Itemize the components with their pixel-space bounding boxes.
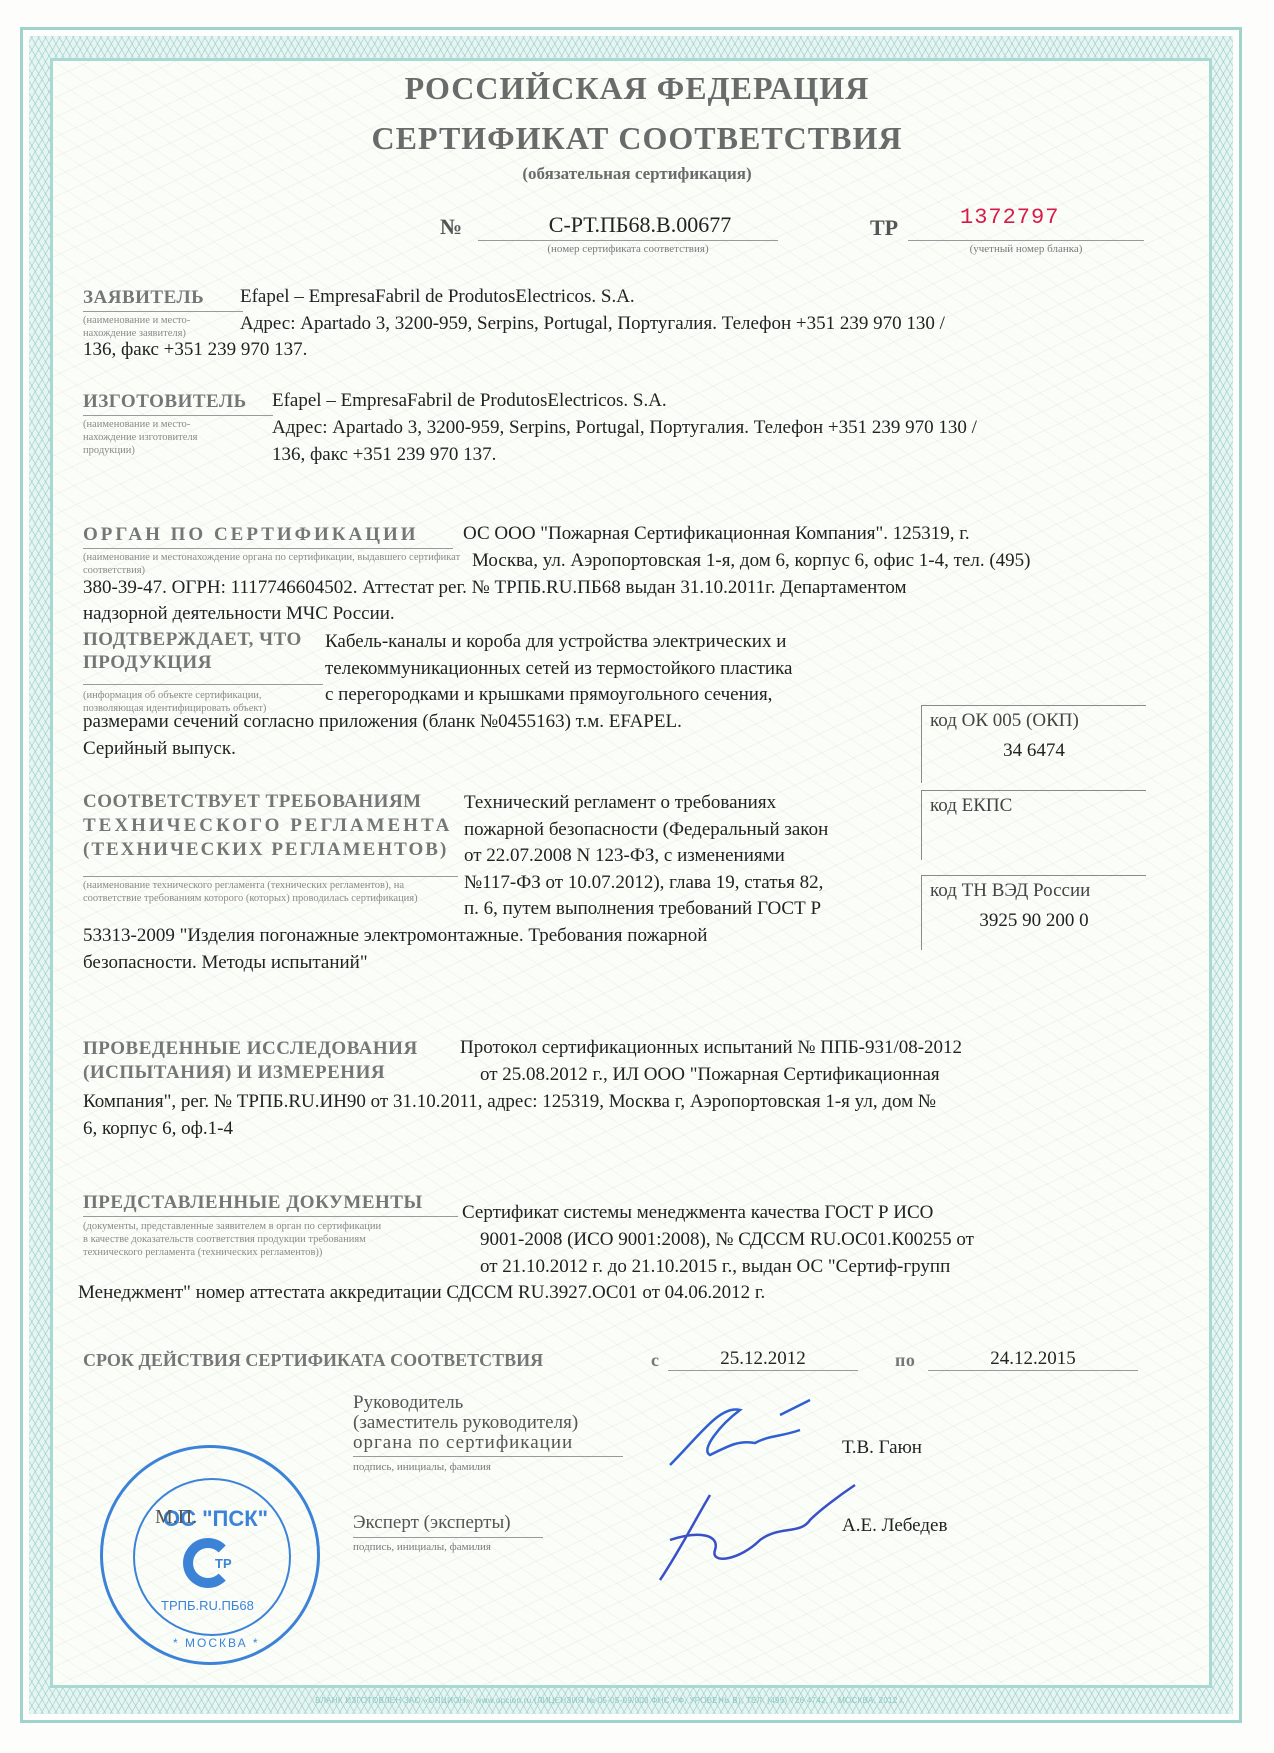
head-label-2: (заместитель руководителя): [353, 1413, 578, 1433]
head-signature-icon: [660, 1395, 820, 1475]
documents-line-4: Менеджмент" номер аттестата аккредитации…: [78, 1280, 765, 1305]
manufacturer-label: ИЗГОТОВИТЕЛЬ: [83, 391, 247, 413]
cert-body-line-2: Москва, ул. Аэропортовская 1-я, дом 6, к…: [472, 548, 1031, 573]
okp-code-value: 34 6474: [922, 740, 1146, 762]
country-title: РОССИЙСКАЯ ФЕДЕРАЦИЯ: [0, 70, 1274, 107]
product-line-4: размерами сечений согласно приложения (б…: [83, 709, 682, 734]
cert-body-line-3: 380-39-47. ОГРН: 1117746604502. Аттестат…: [83, 575, 907, 600]
number-label: №: [440, 214, 462, 240]
applicant-line-3: 136, факс +351 239 970 137.: [83, 337, 307, 362]
printer-footer: БЛАНК ИЗГОТОВЛЕН ЗАО «ОПЦИОН», www.opcio…: [260, 1696, 960, 1705]
expert-label: Эксперт (эксперты): [353, 1510, 511, 1535]
okp-code-label: код ОК 005 (ОКП): [922, 706, 1146, 732]
manufacturer-line-1: Efapel – EmpresaFabril de ProdutosElectr…: [272, 388, 667, 413]
product-line-3: с перегородками и крышками прямоугольног…: [325, 682, 772, 707]
product-label-1: ПОДТВЕРЖДАЕТ, ЧТО: [83, 629, 302, 651]
compliance-line-7: безопасности. Методы испытаний": [83, 950, 368, 975]
documents-hint: (документы, представленные заявителем в …: [83, 1220, 383, 1259]
manufacturer-hint: (наименование и место-нахождение изготов…: [83, 418, 243, 457]
head-signature-hint: подпись, инициалы, фамилия: [353, 1461, 491, 1473]
cert-body-line-1: ОС ООО "Пожарная Сертификационная Компан…: [463, 521, 970, 546]
document-subtitle: (обязательная сертификация): [0, 164, 1274, 184]
validity-from-label: с: [651, 1350, 660, 1371]
number-hint: (номер сертификата соответствия): [478, 243, 778, 255]
blank-label: ТР: [870, 215, 898, 241]
documents-line-2: 9001-2008 (ИСО 9001:2008), № СДССМ RU.ОС…: [480, 1227, 974, 1252]
tnved-code-box: код ТН ВЭД России 3925 90 200 0: [921, 875, 1146, 950]
compliance-line-2: пожарной безопасности (Федеральный закон: [464, 817, 828, 842]
stamp-reg-text: ТРПБ.RU.ПБ68: [161, 1598, 254, 1613]
applicant-line-2: Адрес: Apartado 3, 3200-959, Serpins, Po…: [240, 311, 945, 336]
validity-to-label: по: [895, 1350, 915, 1371]
blank-number: 1372797: [960, 205, 1059, 230]
tests-label-2: (ИСПЫТАНИЯ) И ИЗМЕРЕНИЯ: [83, 1062, 385, 1084]
documents-line-1: Сертификат системы менеджмента качества …: [462, 1200, 933, 1225]
document-title: СЕРТИФИКАТ СООТВЕТСТВИЯ: [0, 120, 1274, 157]
compliance-line-3: от 22.07.2008 N 123-ФЗ, с изменениями: [464, 843, 785, 868]
tests-line-3: Компания", рег. № ТРПБ.RU.ИН90 от 31.10.…: [83, 1089, 936, 1114]
applicant-label: ЗАЯВИТЕЛЬ: [83, 287, 204, 309]
cert-body-hint: (наименование и местонахождение органа п…: [83, 551, 463, 577]
compliance-line-6: 53313-2009 "Изделия погонажные электромо…: [83, 923, 707, 948]
product-line-5: Серийный выпуск.: [83, 736, 236, 761]
compliance-label-1: СООТВЕТСТВУЕТ ТРЕБОВАНИЯМ: [83, 791, 422, 813]
product-label-2: ПРОДУКЦИЯ: [83, 652, 212, 674]
manufacturer-line-3: 136, факс +351 239 970 137.: [272, 442, 496, 467]
cert-body-label: ОРГАН ПО СЕРТИФИКАЦИИ: [83, 524, 419, 546]
documents-line-3: от 21.10.2012 г. до 21.10.2015 г., выдан…: [480, 1254, 950, 1279]
tnved-code-value: 3925 90 200 0: [922, 910, 1146, 932]
certificate-number: С-РТ.ПБ68.В.00677: [500, 212, 780, 237]
cert-body-line-4: надзорной деятельности МЧС России.: [83, 601, 395, 626]
head-name: Т.В. Гаюн: [842, 1435, 922, 1460]
validity-from-date: 25.12.2012: [668, 1346, 858, 1371]
compliance-hint: (наименование технического регламента (т…: [83, 879, 448, 905]
stamp-mp-text: М.П.: [155, 1506, 197, 1529]
tnved-code-label: код ТН ВЭД России: [922, 876, 1146, 902]
ekps-code-box: код ЕКПС: [921, 790, 1146, 860]
compliance-label-2: ТЕХНИЧЕСКОГО РЕГЛАМЕНТА: [83, 815, 452, 837]
compliance-line-5: п. 6, путем выполнения требований ГОСТ Р: [464, 896, 821, 921]
tests-label-1: ПРОВЕДЕННЫЕ ИССЛЕДОВАНИЯ: [83, 1038, 418, 1060]
tests-line-1: Протокол сертификационных испытаний № ПП…: [460, 1035, 962, 1060]
expert-signature-icon: [640, 1480, 860, 1590]
manufacturer-line-2: Адрес: Apartado 3, 3200-959, Serpins, Po…: [272, 415, 977, 440]
stamp-tr-mark: ТР: [215, 1556, 232, 1571]
applicant-line-1: Efapel – EmpresaFabril de ProdutosElectr…: [240, 284, 635, 309]
stamp-city-text: * МОСКВА *: [173, 1636, 260, 1650]
certificate-sheet: РОССИЙСКАЯ ФЕДЕРАЦИЯ СЕРТИФИКАТ СООТВЕТС…: [0, 0, 1274, 1753]
expert-signature-hint: подпись, инициалы, фамилия: [353, 1541, 491, 1553]
blank-hint: (учетный номер бланка): [908, 243, 1144, 255]
validity-to-date: 24.12.2015: [928, 1346, 1138, 1371]
compliance-line-4: №117-ФЗ от 10.07.2012), глава 19, статья…: [464, 870, 823, 895]
product-line-2: телекоммуникационных сетей из термостойк…: [325, 656, 792, 681]
compliance-label-3: (ТЕХНИЧЕСКИХ РЕГЛАМЕНТОВ): [83, 839, 448, 861]
tests-line-4: 6, корпус 6, оф.1-4: [83, 1116, 233, 1141]
official-stamp: ОС "ПСК" М.П. ТР ТРПБ.RU.ПБ68 * МОСКВА *: [100, 1445, 320, 1665]
ekps-code-label: код ЕКПС: [922, 791, 1146, 817]
validity-label: СРОК ДЕЙСТВИЯ СЕРТИФИКАТА СООТВЕТСТВИЯ: [83, 1350, 543, 1371]
okp-code-box: код ОК 005 (ОКП) 34 6474: [921, 705, 1146, 783]
documents-label: ПРЕДСТАВЛЕННЫЕ ДОКУМЕНТЫ: [83, 1192, 423, 1214]
product-line-1: Кабель-каналы и короба для устройства эл…: [325, 629, 786, 654]
head-label-3: органа по сертификации: [353, 1433, 573, 1453]
compliance-line-1: Технический регламент о требованиях: [464, 790, 776, 815]
head-label-1: Руководитель: [353, 1393, 463, 1413]
tests-line-2: от 25.08.2012 г., ИЛ ООО "Пожарная Серти…: [480, 1062, 940, 1087]
